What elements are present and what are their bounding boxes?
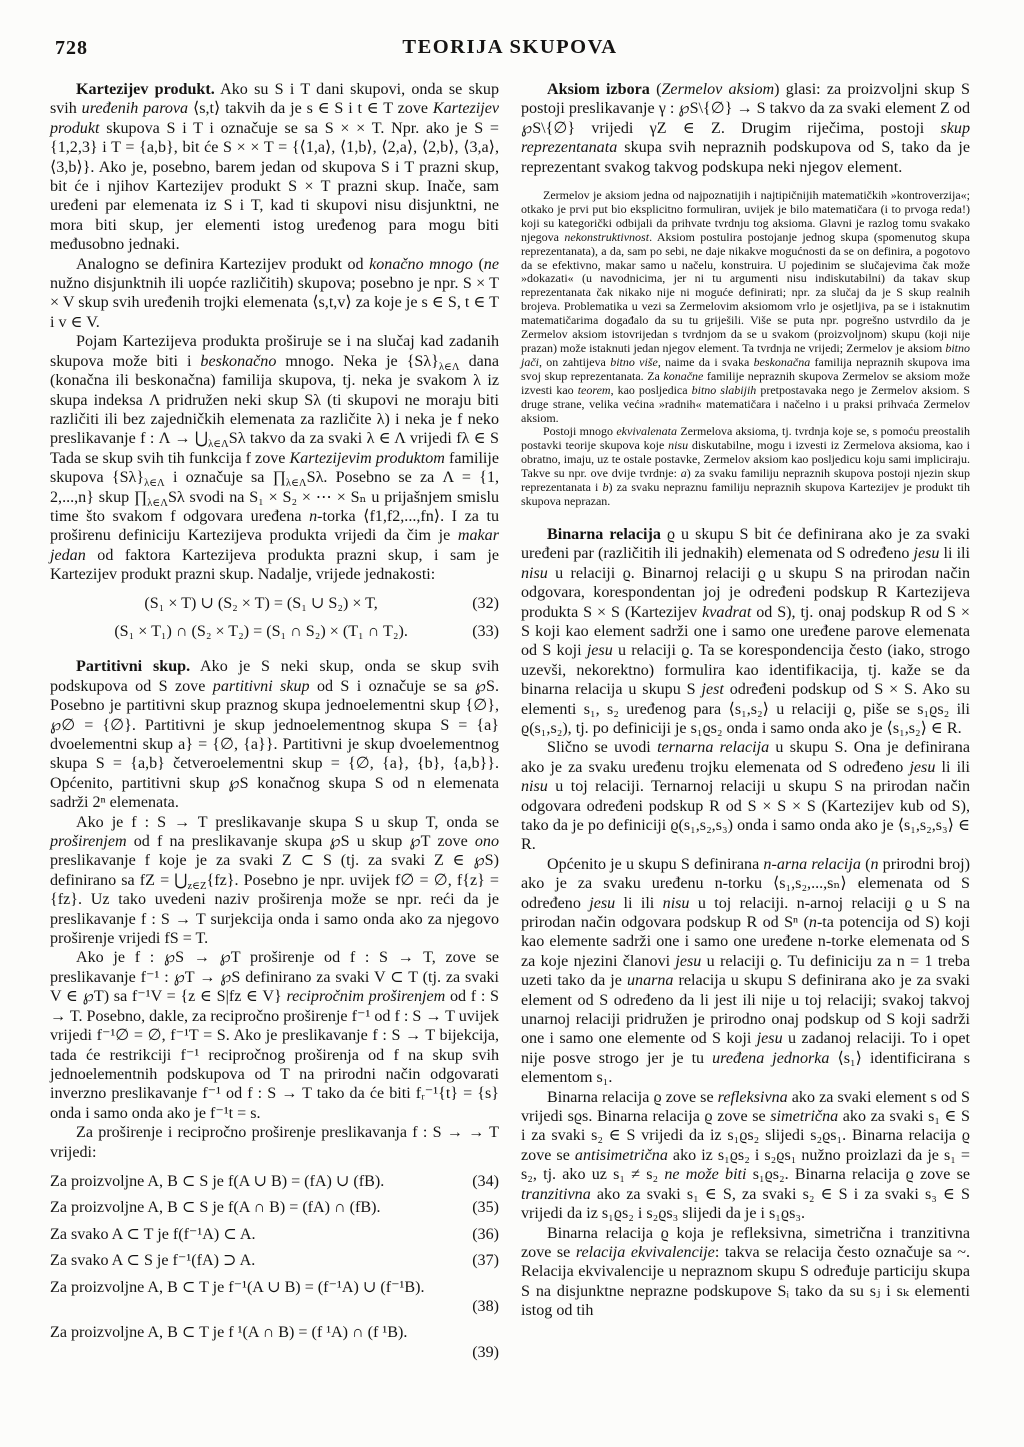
- equation-number: (34): [472, 1172, 499, 1191]
- equation-number: (38): [50, 1297, 499, 1316]
- paragraph: Kartezijev produkt. Ako su S i T dani sk…: [50, 80, 499, 255]
- equation-body: (S₁ × T) ∪ (S₂ × T) = (S₁ ∪ S₂) × T,: [50, 594, 472, 613]
- paragraph: Ako je f : S → T preslikavanje skupa S u…: [50, 813, 499, 949]
- paragraph: Binarna relacija ϱ koja je refleksivna, …: [521, 1224, 970, 1321]
- equation-line: Za svako A ⊂ S je f⁻¹(fA) ⊃ A.(37): [50, 1251, 499, 1270]
- equation-line: Za svako A ⊂ T je f(f⁻¹A) ⊂ A.(36): [50, 1225, 499, 1244]
- display-equation: (S₁ × T) ∪ (S₂ × T) = (S₁ ∪ S₂) × T,(32): [50, 594, 499, 613]
- page-header: 728 TEORIJA SKUPOVA: [50, 36, 970, 64]
- small-print-paragraph: Zermelov je aksiom jedna od najpoznatiji…: [521, 189, 970, 425]
- equation-line: Za proizvoljne A, B ⊂ T je f⁻¹(A ∪ B) = …: [50, 1278, 499, 1317]
- equation-body: Za svako A ⊂ T je f(f⁻¹A) ⊂ A.: [50, 1225, 256, 1244]
- equation-body: Za proizvoljne A, B ⊂ S je f(A ∪ B) = (f…: [50, 1172, 384, 1191]
- equation-number: (37): [472, 1251, 499, 1270]
- paragraph: Binarna relacija ϱ u skupu S bit će defi…: [521, 525, 970, 738]
- paragraph: Analogno se definira Kartezijev produkt …: [50, 255, 499, 333]
- equation-number: (33): [472, 622, 499, 641]
- display-equation: (S₁ × T₁) ∩ (S₂ × T₂) = (S₁ ∩ S₂) × (T₁ …: [50, 622, 499, 641]
- paragraph: Slično se uvodi ternarna relacija u skup…: [521, 738, 970, 854]
- right-column: Aksiom izbora (Zermelov aksiom) glasi: z…: [521, 80, 970, 1362]
- small-print-paragraph: Postoji mnogo ekvivalenata Zermelova aks…: [521, 425, 970, 508]
- paragraph: Općenito je u skupu S definirana n-arna …: [521, 855, 970, 1088]
- left-column: Kartezijev produkt. Ako su S i T dani sk…: [50, 80, 499, 1362]
- equation-number: (36): [472, 1225, 499, 1244]
- paragraph: Partitivni skup. Ako je S neki skup, ond…: [50, 657, 499, 812]
- paragraph: Pojam Kartezijeva produkta proširuje se …: [50, 332, 499, 584]
- equation-number: (32): [472, 594, 499, 613]
- page-title: TEORIJA SKUPOVA: [50, 36, 970, 59]
- equation-number: (35): [472, 1198, 499, 1217]
- paragraph: Aksiom izbora (Zermelov aksiom) glasi: z…: [521, 80, 970, 177]
- equation-body: Za proizvoljne A, B ⊂ T je f ¹(A ∩ B) = …: [50, 1323, 499, 1342]
- equation-body: (S₁ × T₁) ∩ (S₂ × T₂) = (S₁ ∩ S₂) × (T₁ …: [50, 622, 472, 641]
- equation-body: Za proizvoljne A, B ⊂ T je f⁻¹(A ∪ B) = …: [50, 1278, 499, 1297]
- equation-line: Za proizvoljne A, B ⊂ T je f ¹(A ∩ B) = …: [50, 1323, 499, 1362]
- paragraph: Ako je f : ℘S → ℘T proširenje od f : S →…: [50, 948, 499, 1123]
- equation-number: (39): [50, 1343, 499, 1362]
- equation-line: Za proizvoljne A, B ⊂ S je f(A ∩ B) = (f…: [50, 1198, 499, 1217]
- equation-body: Za svako A ⊂ S je f⁻¹(fA) ⊃ A.: [50, 1251, 255, 1270]
- paragraph: Binarna relacija ϱ zove se refleksivna a…: [521, 1088, 970, 1224]
- book-page: 728 TEORIJA SKUPOVA Kartezijev produkt. …: [0, 0, 1024, 1447]
- paragraph: Za proširenje i recipročno proširenje pr…: [50, 1123, 499, 1162]
- equation-body: Za proizvoljne A, B ⊂ S je f(A ∩ B) = (f…: [50, 1198, 381, 1217]
- equation-line: Za proizvoljne A, B ⊂ S je f(A ∪ B) = (f…: [50, 1172, 499, 1191]
- two-column-layout: Kartezijev produkt. Ako su S i T dani sk…: [50, 80, 970, 1362]
